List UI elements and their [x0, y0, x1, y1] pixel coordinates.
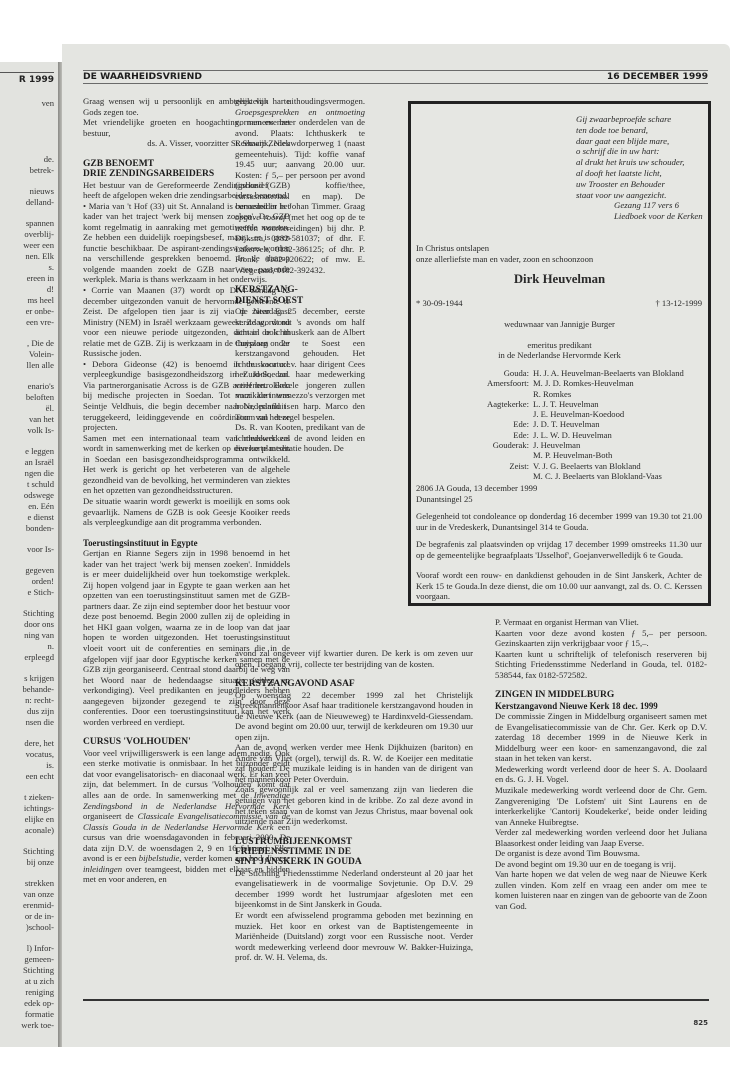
previous-page-text-fragment: door ons [24, 619, 54, 630]
previous-page-text-fragment: Stichting [23, 965, 54, 976]
obituary-poem: Gij zwaarbeproefde schare ten dode toe b… [576, 114, 703, 222]
previous-page-text-fragment: dus zijn [27, 706, 54, 717]
previous-page-text-fragment: reniging [25, 987, 54, 998]
article-heading-egypte: Toerustingsinstituut in Egypte [83, 538, 290, 549]
widower-line: weduwnaar van Jannigje Burger [411, 319, 708, 330]
previous-page-text-fragment: strekken [25, 878, 54, 889]
article-heading-lustrum-sub: SINT JANSKERK IN GOUDA [235, 857, 473, 867]
previous-page-text-fragment: er onbe- [26, 306, 54, 317]
article-paragraph: Kaarten kunt u schriftelijk of telefonis… [495, 649, 707, 681]
family-member-place [411, 471, 533, 481]
previous-page-text-fragment: elijke en [25, 814, 54, 825]
previous-page-text-fragment: ngen die [25, 468, 54, 479]
previous-page-text-fragment: gegeven [25, 565, 54, 576]
article-paragraph: De commissie Zingen in Middelburg organi… [495, 711, 707, 764]
article-paragraph: De situatie waarin wordt gewerkt is moei… [83, 496, 290, 528]
family-member-row: Zeist:V. J. G. Beelaerts van Blokland [411, 461, 708, 471]
previous-page-text-fragment: volk Is- [28, 425, 55, 436]
previous-page-text-fragment: en. Eén [28, 501, 54, 512]
article-paragraph: geestelijk uithoudingsvermogen. Groepsge… [235, 96, 365, 275]
previous-page-text-fragment: erenmid- [23, 900, 54, 911]
family-member-row: R. Romkes [411, 389, 708, 399]
family-member-place: Gouderak: [411, 440, 533, 450]
family-member-name: M. J. D. Romkes-Heuvelman [533, 378, 634, 388]
family-member-name: M. P. Heuvelman-Both [533, 450, 612, 460]
previous-page-text-fragment: )school- [26, 922, 54, 933]
funeral-info: De begrafenis zal plaatsvinden op vrijda… [416, 539, 702, 560]
column-2: geestelijk uithoudingsvermogen. Groepsge… [235, 96, 365, 454]
page-number: 825 [693, 1019, 708, 1027]
previous-page-text-fragment: odswege [24, 490, 54, 501]
article-heading-asaf: KERSTZANGAVOND ASAF [235, 679, 473, 689]
previous-page-text-fragment: van het [29, 414, 54, 425]
poem-source: Gezang 117 vers 6 [576, 200, 703, 211]
previous-page-text-fragment: aconale) [25, 825, 54, 836]
article-heading-lustrum: LUSTRUMBIJEENKOMST [235, 837, 473, 847]
family-member-row: Gouda:H. J. A. Heuvelman-Beelaerts van B… [411, 368, 708, 378]
previous-page-text-fragment: behande- [23, 684, 55, 695]
previous-page-text-fragment: orden! [32, 576, 54, 587]
previous-page-text-fragment: edek op- [24, 998, 54, 1009]
family-member-place: Ede: [411, 419, 533, 429]
column-2-lower: avond zal ongeveer vijf kwartier duren. … [235, 648, 473, 963]
family-member-place: Ede: [411, 430, 533, 440]
previous-page-header: R 1999 [19, 75, 54, 85]
previous-page-text-fragment: ning van [24, 630, 54, 641]
previous-page-text-fragment: llen alle [27, 360, 54, 371]
family-member-name: H. J. A. Heuvelman-Beelaerts van Bloklan… [533, 368, 684, 378]
article-paragraph: Zoals gewoonlijk zal er veel samenzang z… [235, 784, 473, 826]
title-line: in de Nederlandse Hervormde Kerk [411, 350, 708, 361]
family-member-row: M. P. Heuvelman-Both [411, 450, 708, 460]
previous-page-text-fragment: werk toe- [21, 1020, 54, 1031]
article-paragraph: Muzikale medewerking wordt verleend door… [495, 785, 707, 827]
previous-page-text-fragment: ël. [46, 403, 54, 414]
previous-page-text-fragment: s krijgen [24, 673, 54, 684]
obituary-address: 2806 JA Gouda, 13 december 1999 Dunantsi… [416, 483, 537, 504]
article-paragraph: P. Vermaat en organist Herman van Vliet. [495, 617, 707, 628]
family-member-place: Amersfoort: [411, 378, 533, 388]
previous-page-strip: R 1999 vende.betrek-nieuwsdelland-spanne… [0, 62, 58, 1047]
death-date: † 13-12-1999 [655, 298, 702, 308]
previous-page-text-fragment: nieuws [30, 186, 54, 197]
previous-page-text-fragment: ichtings- [24, 803, 54, 814]
title-line: emeritus predikant [411, 340, 708, 351]
previous-page-text-fragment: s. [49, 262, 55, 273]
article-paragraph: Er wordt een afwisselend programma gebod… [235, 910, 473, 963]
article-heading-soest-sub: DIENST SOEST [235, 296, 365, 306]
family-member-row: Gouderak:J. Heuvelman [411, 440, 708, 450]
article-paragraph: avond zal ongeveer vijf kwartier duren. … [235, 648, 473, 669]
condolence-info: Gelegenheid tot condoleance op donderdag… [416, 511, 702, 532]
previous-page-text-fragment: de. [44, 154, 54, 165]
article-paragraph: Op zaterdag 25 december, eerste kerstdag… [235, 306, 365, 422]
article-paragraph: De organist is deze avond Tim Bouwsma. [495, 848, 707, 859]
previous-page-text-fragment: ven [42, 98, 54, 109]
previous-page-text-fragment: , Die de [27, 338, 54, 349]
family-member-place [411, 450, 533, 460]
column-3-lower: P. Vermaat en organist Herman van Vliet.… [495, 617, 707, 912]
article-paragraph: De avond begint om 19.30 uur en de toega… [495, 859, 707, 870]
previous-page-text-fragment: or de in- [25, 911, 54, 922]
previous-page-text-fragment: weer een [23, 240, 54, 251]
bottom-rule [83, 999, 709, 1001]
previous-page-text-fragment: bij onze [27, 857, 54, 868]
previous-page-text-fragment: overblij- [24, 229, 54, 240]
previous-page-text-fragment: een vre- [26, 317, 54, 328]
previous-page-text-fragment: an Israël [25, 457, 54, 468]
article-paragraph: Ds. R. van Kooten, predikant van de Icht… [235, 422, 365, 454]
article-heading-lustrum-sub: FRIEDENSSTIMME IN DE [235, 847, 473, 857]
family-member-row: Ede:J. L. W. D. Heuvelman [411, 430, 708, 440]
article-paragraph: Medewerking wordt verleend door de heer … [495, 764, 707, 785]
previous-page-text-fragment: gemeen- [24, 954, 54, 965]
family-member-row: Amersfoort:M. J. D. Romkes-Heuvelman [411, 378, 708, 388]
article-heading-middelburg: ZINGEN IN MIDDELBURG [495, 690, 707, 700]
service-info: Vooraf wordt een rouw- en dankdienst geh… [416, 570, 702, 602]
family-member-name: M. C. J. Beelaerts van Blokland-Vaas [533, 471, 662, 481]
article-paragraph: Van harte hopen we dat velen de weg naar… [495, 869, 707, 911]
previous-page-text-fragment: vocatus, [26, 749, 54, 760]
previous-page-text-fragment: van onze [23, 889, 54, 900]
previous-page-text-fragment: een echt [26, 771, 54, 782]
family-list: Gouda:H. J. A. Heuvelman-Beelaerts van B… [411, 368, 708, 481]
previous-page-text-fragment: voor Is- [27, 544, 54, 555]
previous-page-text-fragment: e leggen [25, 446, 54, 457]
previous-page-text-fragment: dere, het [24, 738, 54, 749]
previous-page-text-fragment: delland- [26, 197, 54, 208]
family-member-place [411, 389, 533, 399]
previous-page-text-fragment: t zieken- [24, 792, 54, 803]
previous-page-text-fragment: d! [47, 284, 54, 295]
deceased-name: Dirk Heuvelman [411, 272, 708, 287]
article-paragraph: Aan de avond werken verder mee Henk Dijk… [235, 742, 473, 784]
family-member-name: R. Romkes [533, 389, 571, 399]
family-member-name: J. Heuvelman [533, 440, 580, 450]
family-member-row: Ede:J. D. T. Heuvelman [411, 419, 708, 429]
obituary-intro: In Christus ontslapen onze allerliefste … [416, 243, 593, 264]
previous-page-text-fragment: n: recht- [25, 695, 54, 706]
family-member-row: Aagtekerke:L. J. T. Heuvelman [411, 399, 708, 409]
family-member-place [411, 409, 533, 419]
article-subheading-middelburg: Kerstzangavond Nieuwe Kerk 18 dec. 1999 [495, 701, 707, 712]
previous-page-text-fragment: nsen die [26, 717, 54, 728]
previous-page-text-fragment: Stichting [23, 846, 54, 857]
family-member-row: M. C. J. Beelaerts van Blokland-Vaas [411, 471, 708, 481]
article-paragraph: Kaarten voor deze avond kosten ƒ 5,– per… [495, 628, 707, 649]
article-paragraph: De Stichting Friedensstimme Nederland on… [235, 868, 473, 910]
previous-page-text-fragment: erpleegd [24, 652, 54, 663]
previous-page-text-fragment: e dienst [28, 512, 55, 523]
family-member-name: L. J. T. Heuvelman [533, 399, 599, 409]
article-heading-soest: KERSTZANG- [235, 285, 365, 295]
article-paragraph: Verder zal medewerking worden verleend d… [495, 827, 707, 848]
previous-page-text-fragment: betrek- [30, 165, 54, 176]
birth-date: * 30-09-1944 [416, 298, 463, 308]
previous-page-header-rule [0, 72, 54, 73]
issue-date: 16 DECEMBER 1999 [607, 71, 708, 83]
family-member-name: J. E. Heuvelman-Koedood [533, 409, 624, 419]
family-member-place: Aagtekerke: [411, 399, 533, 409]
poem-source: Liedboek voor de Kerken [576, 211, 703, 222]
family-member-place: Zeist: [411, 461, 533, 471]
previous-page-text-fragment: l) Infor- [27, 943, 54, 954]
family-member-name: J. L. W. D. Heuvelman [533, 430, 612, 440]
previous-page-text-fragment: t schuld [27, 479, 54, 490]
previous-page-text-fragment: ereen in [27, 273, 54, 284]
page-header: DE WAARHEIDSVRIEND 16 DECEMBER 1999 [83, 70, 708, 84]
publication-title: DE WAARHEIDSVRIEND [83, 71, 202, 83]
previous-page-text-fragment: bonden- [26, 523, 54, 534]
previous-page-text-fragment: at u zich [25, 976, 54, 987]
previous-page-text-fragment: nen. Elk [25, 251, 54, 262]
previous-page-text-fragment: enario's [28, 381, 54, 392]
family-member-row: J. E. Heuvelman-Koedood [411, 409, 708, 419]
family-member-name: J. D. T. Heuvelman [533, 419, 600, 429]
previous-page-text-fragment: spannen [26, 218, 54, 229]
previous-page-text-fragment: formatie [25, 1009, 54, 1020]
article-paragraph: Op woensdag 22 december 1999 zal het Chr… [235, 690, 473, 743]
family-member-name: V. J. G. Beelaerts van Blokland [533, 461, 641, 471]
previous-page-text-fragment: is. [46, 760, 54, 771]
family-member-place: Gouda: [411, 368, 533, 378]
obituary-notice: Gij zwaarbeproefde schare ten dode toe b… [408, 101, 711, 606]
previous-page-text-fragment: Volein- [29, 349, 54, 360]
previous-page-text-fragment: n. [48, 641, 54, 652]
previous-page-text-fragment: beloften [26, 392, 54, 403]
previous-page-text-fragment: e Stich- [28, 587, 55, 598]
previous-page-text-fragment: Stichting [23, 608, 54, 619]
previous-page-text-fragment: ms heel [28, 295, 55, 306]
